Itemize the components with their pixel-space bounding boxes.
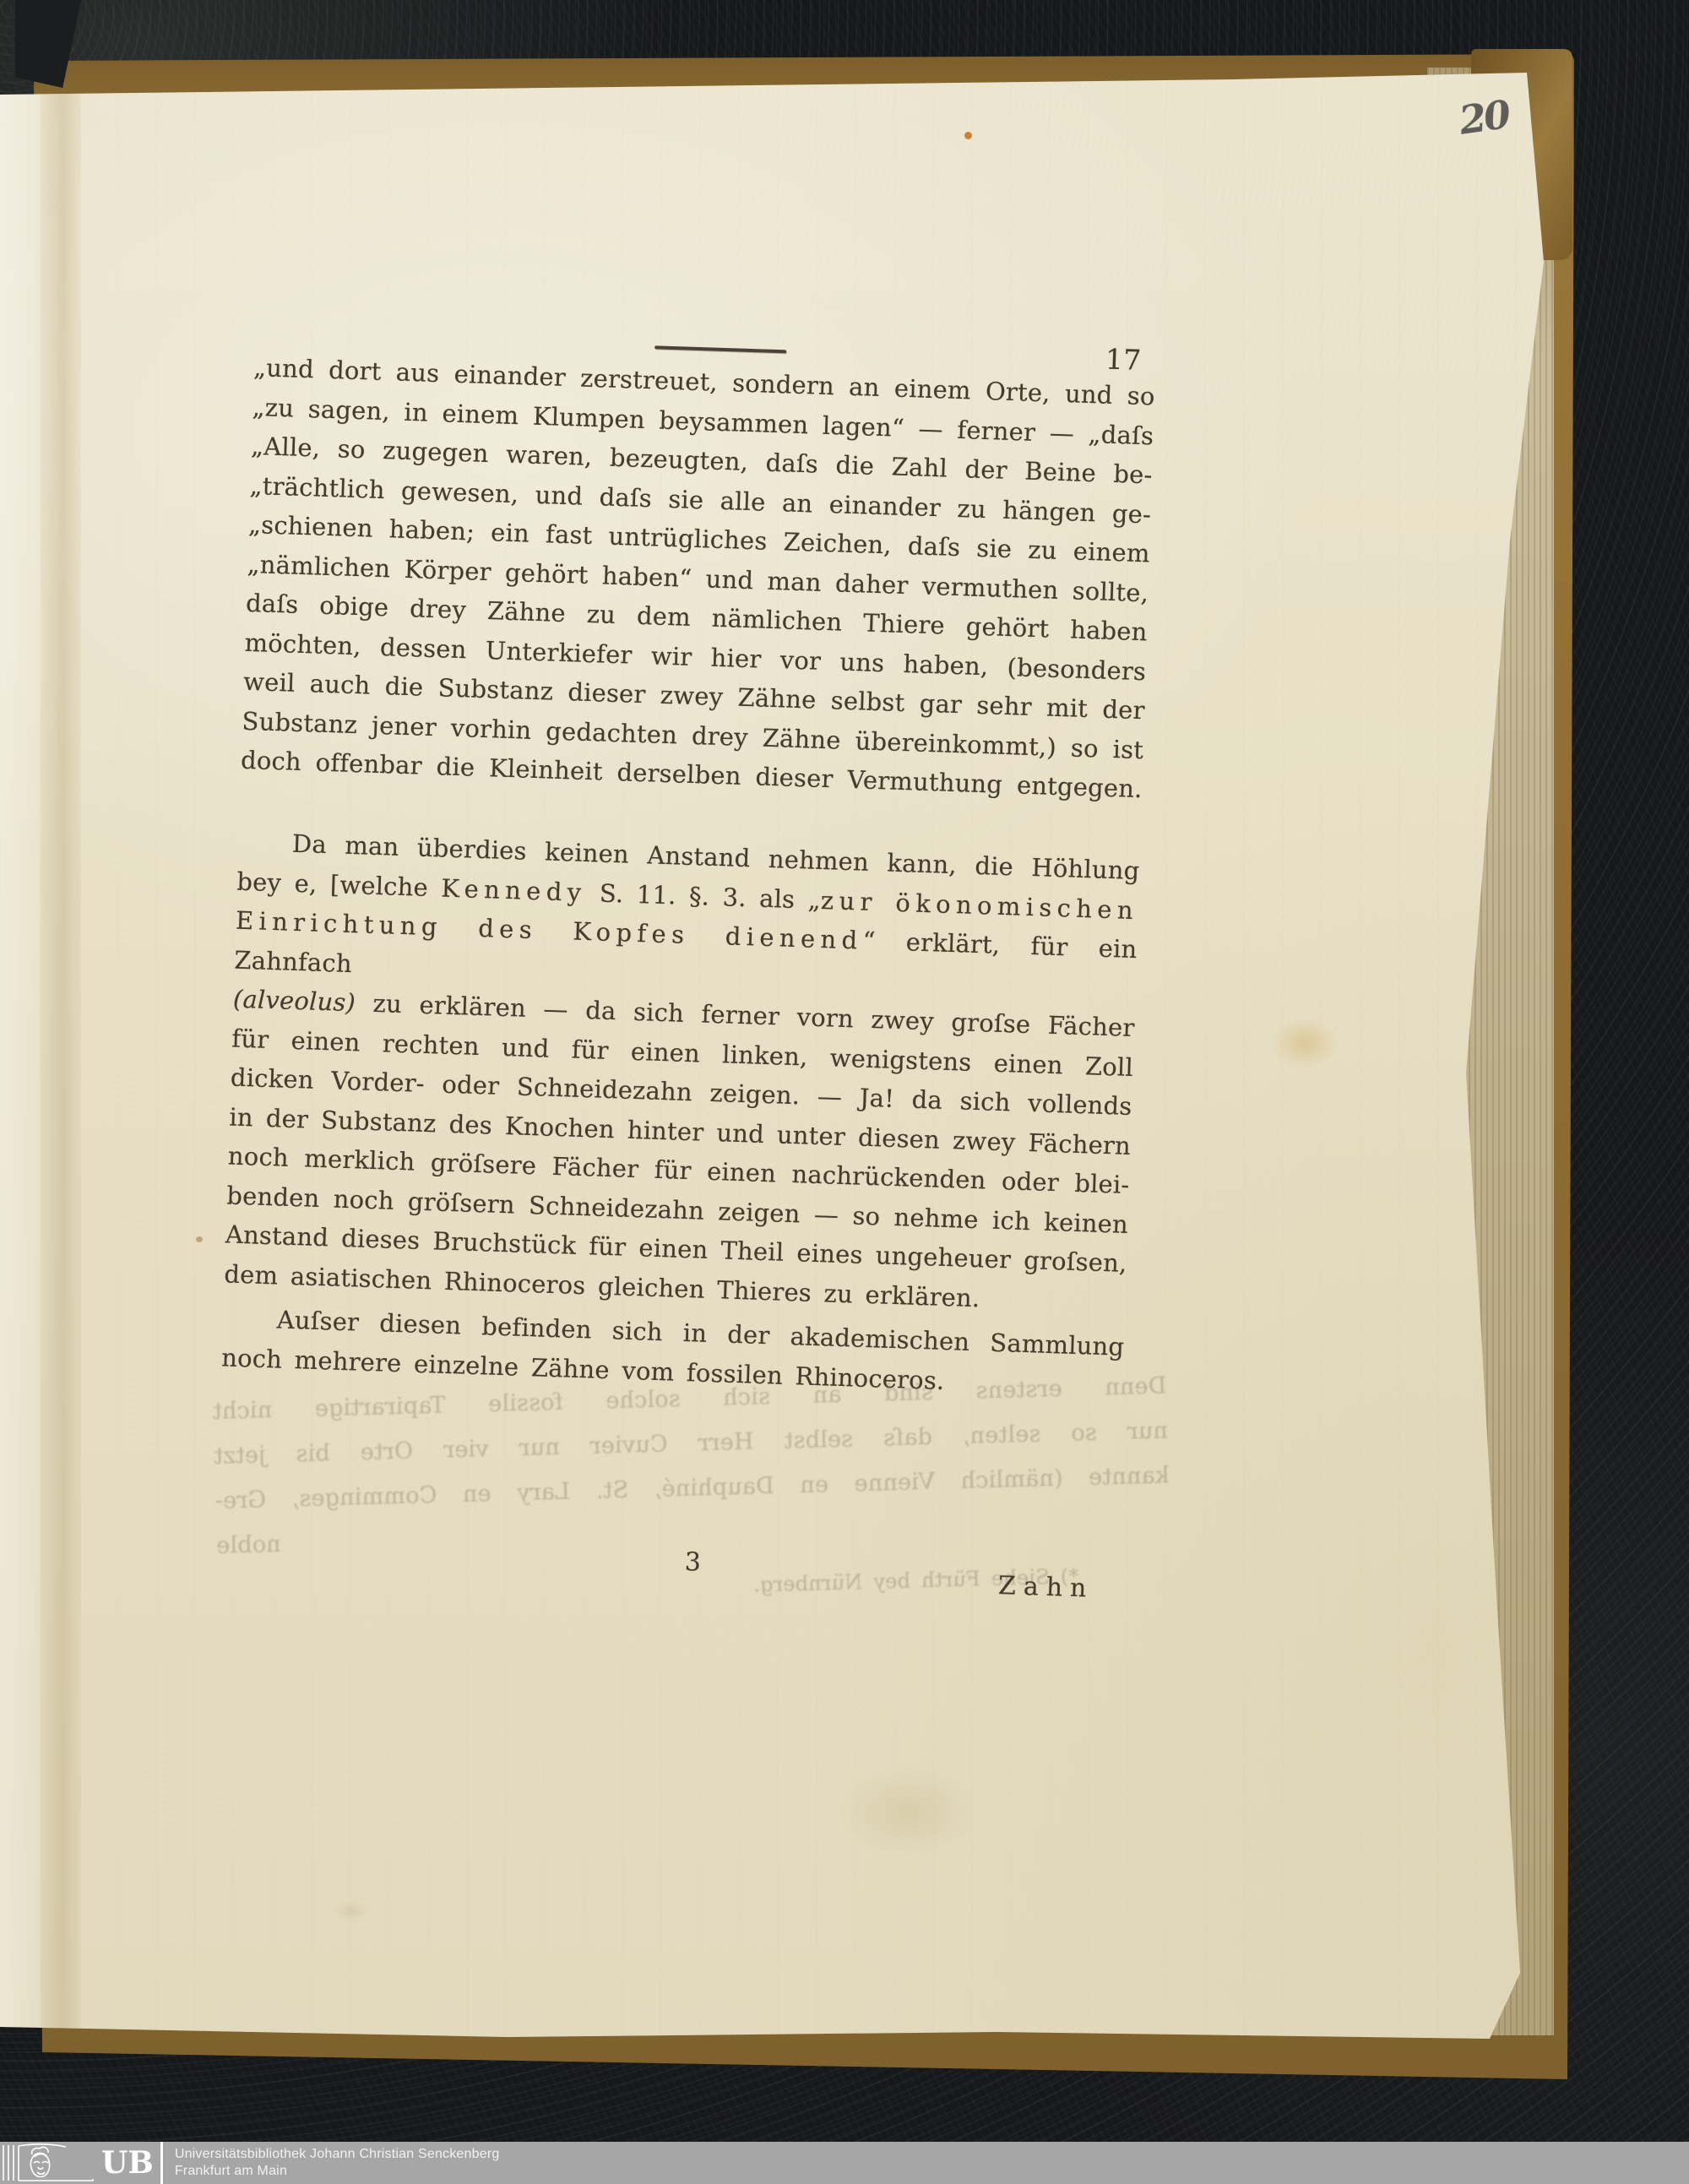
senckenberg-portrait-icon xyxy=(0,2142,100,2184)
scanned-book-page: 20 17 „und dort aus einander zerstreuet,… xyxy=(0,0,1689,2184)
ub-logo-text: UB xyxy=(101,2142,163,2184)
text-segment: S. 11. §. 3. als „ xyxy=(586,878,822,915)
foxing-stain xyxy=(1271,1018,1339,1068)
handwritten-folio-number: 20 xyxy=(1457,91,1512,144)
foxing-stain xyxy=(334,1900,368,1922)
foxing-stain xyxy=(196,1236,203,1242)
letterspaced-name: Kennedy xyxy=(441,873,587,907)
page-number: 17 xyxy=(1105,340,1142,381)
library-banner: UB Universitätsbibliothek Johann Christi… xyxy=(0,2142,1689,2184)
library-name: Universitätsbibliothek Johann Christian … xyxy=(175,2146,500,2163)
paragraph-2: Da man überdies keinen Anstand nehmen ka… xyxy=(224,823,1140,1323)
library-location: Frankfurt am Main xyxy=(175,2163,500,2180)
letterspaced-quote: zur ökonomischen xyxy=(820,885,1138,924)
text-segment: bey e, [welche xyxy=(236,867,442,902)
paragraph-1: „und dort aus einander zerstreuet, sonde… xyxy=(240,348,1155,809)
foxing-stain xyxy=(836,1765,980,1858)
library-name-block: Universitätsbibliothek Johann Christian … xyxy=(175,2146,500,2180)
foxing-stain xyxy=(964,132,972,139)
gutter-page-sliver xyxy=(0,84,41,2030)
library-logo xyxy=(0,2142,100,2184)
signature-mark: 3 xyxy=(684,1543,702,1583)
catchword: Zahn xyxy=(997,1567,1094,1609)
latin-term-italic: (alveolus) xyxy=(232,985,356,1018)
gutter-crease-shadow xyxy=(41,84,81,2030)
